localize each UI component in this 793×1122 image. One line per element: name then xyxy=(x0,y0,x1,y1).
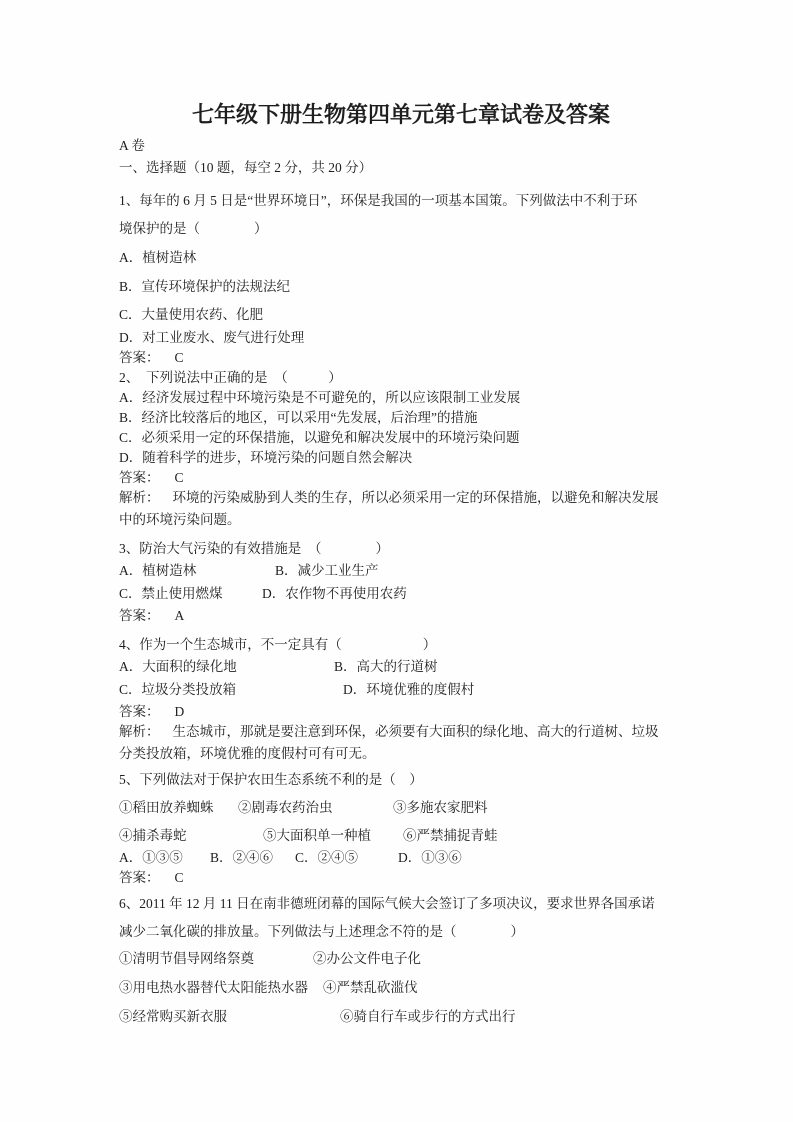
answer-value: C xyxy=(175,470,184,485)
question-5-item-1: ①稻田放养蜘蛛 xyxy=(119,798,238,818)
question-2-analysis-line-1: 解析：环境的污染威胁到人类的生存，所以必须采用一定的环保措施，以避免和解决发展 xyxy=(119,488,683,508)
question-6-items-row-3: ⑤经常购买新衣服⑥骑自行车或步行的方式出行 xyxy=(119,1007,683,1027)
question-2-analysis-line-2: 中的环境污染问题。 xyxy=(119,510,683,530)
question-5-options-row: A．①③⑤B．②④⑥C．②④⑤D．①③⑥ xyxy=(119,848,683,868)
analysis-text: 生态城市，那就是要注意到环保，必须要有大面积的绿化地、高大的行道树、垃圾 xyxy=(173,724,659,739)
question-2-option-a: A．经济发展过程中环境污染是不可避免的，所以应该限制工业发展 xyxy=(119,388,683,408)
analysis-label: 解析： xyxy=(119,490,160,505)
question-4-options-row-2: C．垃圾分类投放箱D．环境优雅的度假村 xyxy=(119,680,683,700)
question-3-answer-line: 答案：A xyxy=(119,606,683,626)
question-6-item-4: ④严禁乱砍滥伐 xyxy=(323,980,418,995)
question-4-analysis-line-1: 解析：生态城市，那就是要注意到环保，必须要有大面积的绿化地、高大的行道树、垃圾 xyxy=(119,722,683,742)
question-3-option-b: B．减少工业生产 xyxy=(275,563,379,578)
question-4-answer-line: 答案：D xyxy=(119,702,683,722)
page-title: 七年级下册生物第四单元第七章试卷及答案 xyxy=(119,100,683,130)
question-5-items-row-2: ④捕杀毒蛇⑤大面积单一种植⑥严禁捕捉青蛙 xyxy=(119,826,683,846)
question-5-option-c: C．②④⑤ xyxy=(295,848,398,868)
question-5-option-b: B．②④⑥ xyxy=(210,848,295,868)
question-1-answer-line: 答案：C xyxy=(119,348,683,368)
question-3-options-row-1: A．植树造林B．减少工业生产 xyxy=(119,561,683,581)
question-3-option-d: D．农作物不再使用农药 xyxy=(262,586,407,601)
answer-label: 答案： xyxy=(119,470,160,485)
question-5-item-4: ④捕杀毒蛇 xyxy=(119,826,263,846)
question-6-item-1: ①清明节倡导网络祭奠 xyxy=(119,949,313,969)
question-1-option-d: D．对工业废水、废气进行处理 xyxy=(119,328,683,348)
question-1-stem-line-1: 1、每年的 6 月 5 日是“世界环境日”，环保是我国的一项基本国策。下列做法中… xyxy=(119,191,683,211)
answer-value: C xyxy=(175,350,184,365)
question-4-option-c: C．垃圾分类投放箱 xyxy=(119,680,343,700)
question-6-items-row-2: ③用电热水器替代太阳能热水器④严禁乱砍滥伐 xyxy=(119,978,683,998)
question-5-item-2: ②剧毒农药治虫 xyxy=(238,798,393,818)
question-6-stem-line-2: 减少二氧化碳的排放量。下列做法与上述理念不符的是（ ） xyxy=(119,922,683,942)
question-4-option-a: A．大面积的绿化地 xyxy=(119,657,334,677)
question-6-item-2: ②办公文件电子化 xyxy=(313,951,421,966)
answer-label: 答案： xyxy=(119,350,160,365)
question-6-item-6: ⑥骑自行车或步行的方式出行 xyxy=(340,1009,516,1024)
analysis-label: 解析： xyxy=(119,724,160,739)
question-5-items-row-1: ①稻田放养蜘蛛②剧毒农药治虫③多施农家肥料 xyxy=(119,798,683,818)
question-4-options-row-1: A．大面积的绿化地B．高大的行道树 xyxy=(119,657,683,677)
question-3-option-a: A．植树造林 xyxy=(119,561,275,581)
question-4-stem: 4、作为一个生态城市，不一定具有（ ） xyxy=(119,635,683,655)
answer-label: 答案： xyxy=(119,608,160,623)
question-4-option-d: D．环境优雅的度假村 xyxy=(343,682,474,697)
question-5-stem: 5、下列做法对于保护农田生态系统不利的是（ ） xyxy=(119,770,683,790)
question-5-item-3: ③多施农家肥料 xyxy=(393,800,488,815)
document-page: 七年级下册生物第四单元第七章试卷及答案 A 卷 一、选择题（10 题，每空 2 … xyxy=(0,0,793,1122)
question-5-item-5: ⑤大面积单一种植 xyxy=(263,826,403,846)
question-5-item-6: ⑥严禁捕捉青蛙 xyxy=(403,828,498,843)
question-4-analysis-line-2: 分类投放箱，环境优雅的度假村可有可无。 xyxy=(119,744,683,764)
question-1-stem-line-2: 境保护的是（ ） xyxy=(119,219,683,239)
question-6-item-3: ③用电热水器替代太阳能热水器 xyxy=(119,978,323,998)
question-2-option-c: C．必须采用一定的环保措施，以避免和解决发展中的环境污染问题 xyxy=(119,428,683,448)
question-2-answer-line: 答案：C xyxy=(119,468,683,488)
question-1-option-c: C．大量使用农药、化肥 xyxy=(119,305,683,325)
question-6-stem-line-1: 6、2011 年 12 月 11 日在南非德班闭幕的国际气候大会签订了多项决议，… xyxy=(119,894,683,914)
answer-value: D xyxy=(175,704,185,719)
answer-value: C xyxy=(175,870,184,885)
answer-label: 答案： xyxy=(119,870,160,885)
question-4-option-b: B．高大的行道树 xyxy=(334,659,438,674)
volume-label: A 卷 xyxy=(119,136,683,156)
section-heading: 一、选择题（10 题，每空 2 分，共 20 分） xyxy=(119,158,683,178)
question-2-option-b: B．经济比较落后的地区，可以采用“先发展，后治理”的措施 xyxy=(119,408,683,428)
question-3-options-row-2: C．禁止使用燃煤D．农作物不再使用农药 xyxy=(119,584,683,604)
question-2-stem: 2、 下列说法中正确的是 （ ） xyxy=(119,368,683,388)
question-5-option-a: A．①③⑤ xyxy=(119,848,210,868)
answer-label: 答案： xyxy=(119,704,160,719)
question-3-stem: 3、防治大气污染的有效措施是 （ ） xyxy=(119,539,683,559)
question-6-item-5: ⑤经常购买新衣服 xyxy=(119,1007,340,1027)
question-1-option-a: A．植树造林 xyxy=(119,248,683,268)
question-5-answer-line: 答案：C xyxy=(119,868,683,888)
question-5-option-d: D．①③⑥ xyxy=(398,850,462,865)
question-6-items-row-1: ①清明节倡导网络祭奠②办公文件电子化 xyxy=(119,949,683,969)
question-2-option-d: D．随着科学的进步，环境污染的问题自然会解决 xyxy=(119,448,683,468)
answer-value: A xyxy=(175,608,185,623)
question-1-option-b: B．宣传环境保护的法规法纪 xyxy=(119,277,683,297)
question-3-option-c: C．禁止使用燃煤 xyxy=(119,584,262,604)
analysis-text: 环境的污染威胁到人类的生存，所以必须采用一定的环保措施，以避免和解决发展 xyxy=(173,490,659,505)
